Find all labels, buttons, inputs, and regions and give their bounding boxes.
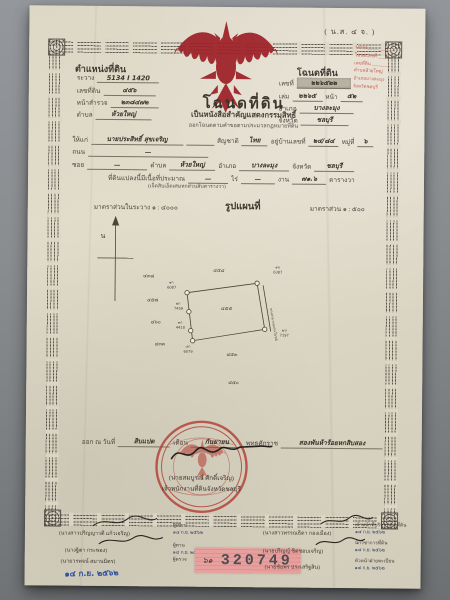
clerk-signature-1 bbox=[87, 514, 177, 531]
corner-id-5: ๑ข bbox=[275, 265, 280, 269]
officer-name-2: (นายปริญญ์ ชิดชอบเจริญ) bbox=[263, 547, 323, 556]
blue-date-stamp: ๑๔ ก.ย. ๒๕๖๒ bbox=[64, 566, 118, 580]
officer-name-3: (นายชัยพร ประเสริฐสิน) bbox=[265, 563, 320, 571]
corner-num-1: 6087 bbox=[167, 285, 176, 289]
corner-num-4: 6079 bbox=[184, 350, 194, 354]
boundary-marker bbox=[187, 309, 191, 313]
deed-subtitle: เป็นหนังสือสำคัญแสดงกรรมสิทธิ์ bbox=[159, 108, 329, 121]
owner-province-value: ชลบุรี bbox=[314, 161, 354, 172]
officer-date-2: ๑๔ ก.ย. ๒๕๖๒ bbox=[355, 547, 388, 554]
parcel-west-1: ๔๓๘ bbox=[143, 273, 154, 279]
owner-amphoe-label: อำเภอ bbox=[218, 161, 236, 171]
border-corner-tl bbox=[48, 38, 65, 55]
owner-name: นายประสิทธิ์ สุขเจริญ bbox=[91, 134, 183, 146]
north-arrow-line bbox=[115, 223, 116, 301]
corner-num-2: 7459 bbox=[174, 307, 184, 311]
clerk-name-2: (นางฐิตา กระพอง) bbox=[65, 547, 107, 555]
north-label: น bbox=[100, 232, 105, 240]
address-label: อยู่บ้านเลขที่ bbox=[271, 136, 306, 146]
address-value: ๒๔/๘๔ bbox=[309, 136, 339, 147]
nationality-value: ไทย bbox=[242, 135, 268, 146]
parcel-inside-label: ๔๕๕ bbox=[221, 306, 233, 312]
moo-value: ๖ bbox=[357, 136, 373, 147]
nationality-label: สัญชาติ bbox=[217, 136, 239, 146]
red-margin-stamp: ระวาง____________ โฉนดเลขที่ ______ เลขท… bbox=[353, 43, 395, 92]
soi-label: ซอย bbox=[72, 160, 84, 170]
issued-on-label: ออก ณ วันที่ bbox=[82, 437, 115, 447]
corner-id-6: ๒ข bbox=[282, 328, 287, 332]
corner-id-3: ๓ก bbox=[178, 321, 183, 325]
deed-number-label: เลขที่ bbox=[279, 78, 294, 88]
owner-tambon-label: ตำบล bbox=[150, 160, 166, 170]
parcel-no-value: ๔๕๖ bbox=[103, 85, 155, 96]
clerk-date-1: ๑๔ ก.ย. ๒๕๖๒ bbox=[173, 530, 203, 537]
officer-date-3: ๑๔ ก.ย. ๒๕๖๒ bbox=[355, 565, 395, 573]
given-to-label: ให้แก่ bbox=[72, 135, 88, 145]
deed-number-value: ๒๒๖๕๒๒ bbox=[297, 78, 351, 89]
seal-officer-title: เจ้าพนักงานที่ดินจังหวัดชลบุรี bbox=[121, 483, 281, 496]
parcel-west-2: ๔๕๗ bbox=[147, 297, 159, 303]
photo-background: ( น.ส. ๔ จ. ) ระวาง____________ โฉนดเลขท… bbox=[0, 0, 450, 600]
moo-label: หมู่ที่ bbox=[342, 137, 355, 147]
parcel-west-3: ๔๖๐ bbox=[151, 319, 161, 325]
corner-num-5: 6387 bbox=[273, 270, 282, 274]
border-corner-bl bbox=[44, 509, 61, 526]
parcel-west-4: ๔๓๓ bbox=[155, 341, 166, 347]
road-value: — bbox=[88, 148, 208, 158]
rai-label: ไร่ bbox=[231, 174, 238, 184]
survey-page-value: ๒๓๘๔๗๒ bbox=[111, 97, 159, 108]
rawang-label: ระวาง bbox=[77, 73, 95, 83]
boundary-marker bbox=[263, 327, 267, 331]
rawang-value: 5134 I 1420 bbox=[97, 74, 159, 84]
page-value: ๕๒ bbox=[341, 91, 363, 102]
parcel-below-2: ๔๕๐ bbox=[228, 380, 239, 386]
area-ngan-value: — bbox=[241, 175, 275, 184]
boundary-marker bbox=[190, 338, 194, 342]
ngan-label: งาน bbox=[278, 174, 289, 184]
clerk-role-3: ผู้ตรวจ bbox=[173, 557, 187, 564]
survey-page-label: หน้าสำรวจ bbox=[77, 98, 108, 108]
corner-id-2: ๒ก bbox=[176, 302, 181, 306]
parcel-below-1: ๔๕๓ bbox=[226, 352, 238, 358]
parcel-no-label: เลขที่ดิน bbox=[77, 86, 101, 96]
wa-label: ตารางวา bbox=[329, 175, 355, 185]
page-label: หน้า bbox=[325, 92, 337, 102]
form-code: ( น.ส. ๔ จ. ) bbox=[324, 26, 375, 38]
corner-num-3: 4418 bbox=[176, 326, 186, 330]
owner-province-label: จังหวัด bbox=[292, 162, 311, 172]
tambon-label: ตำบล bbox=[77, 110, 93, 120]
tambon-value: ห้วยใหญ่ bbox=[96, 109, 152, 120]
serial-prefix: ๖๑ bbox=[203, 554, 213, 567]
boundary-marker bbox=[185, 290, 189, 294]
deed-note: ออกโฉนดตามคำขอตามประมวลกฎหมายที่ดิน bbox=[158, 121, 328, 130]
road-label: ถนน bbox=[72, 147, 85, 157]
road-label: ทางสาธารณประโยชน์ bbox=[269, 308, 279, 342]
owner-amphoe-value: บางละมุง bbox=[239, 160, 289, 171]
boundary-marker bbox=[188, 328, 192, 332]
officer-signature bbox=[166, 436, 276, 467]
land-title-deed-document: ( น.ส. ๔ จ. ) ระวาง____________ โฉนดเลขท… bbox=[24, 5, 425, 588]
owner-tambon-value: ห้วยใหญ่ bbox=[169, 160, 215, 171]
issue-year: สองพันห้าร้อยหกสิบสอง bbox=[281, 437, 383, 449]
corner-id-4: ๔ก bbox=[186, 345, 191, 349]
boundary-marker bbox=[255, 281, 259, 285]
land-plot-map: น ๔๕๔ ๔๓๘ ๔๕๗ ๔๖๐ ๔๓๓ ๔๕๕ ๔๕๓ ๔๕๐ ๑ก 608… bbox=[26, 210, 424, 413]
north-arrow-head bbox=[113, 217, 119, 225]
parcel-above-label: ๔๕๔ bbox=[213, 268, 225, 274]
soi-value: — bbox=[87, 161, 147, 171]
clerk-name-3: (นายวรพจน์ สมานมิตร) bbox=[61, 558, 116, 566]
corner-id-1: ๑ก bbox=[169, 281, 174, 285]
area-in-words: (เจ็ดสิบเอ็ดเศษหกส่วนสิบตารางวา) bbox=[148, 182, 226, 191]
area-wa-value: ๗๑.๖ bbox=[292, 174, 326, 185]
corner-num-6: 7197 bbox=[280, 333, 289, 337]
